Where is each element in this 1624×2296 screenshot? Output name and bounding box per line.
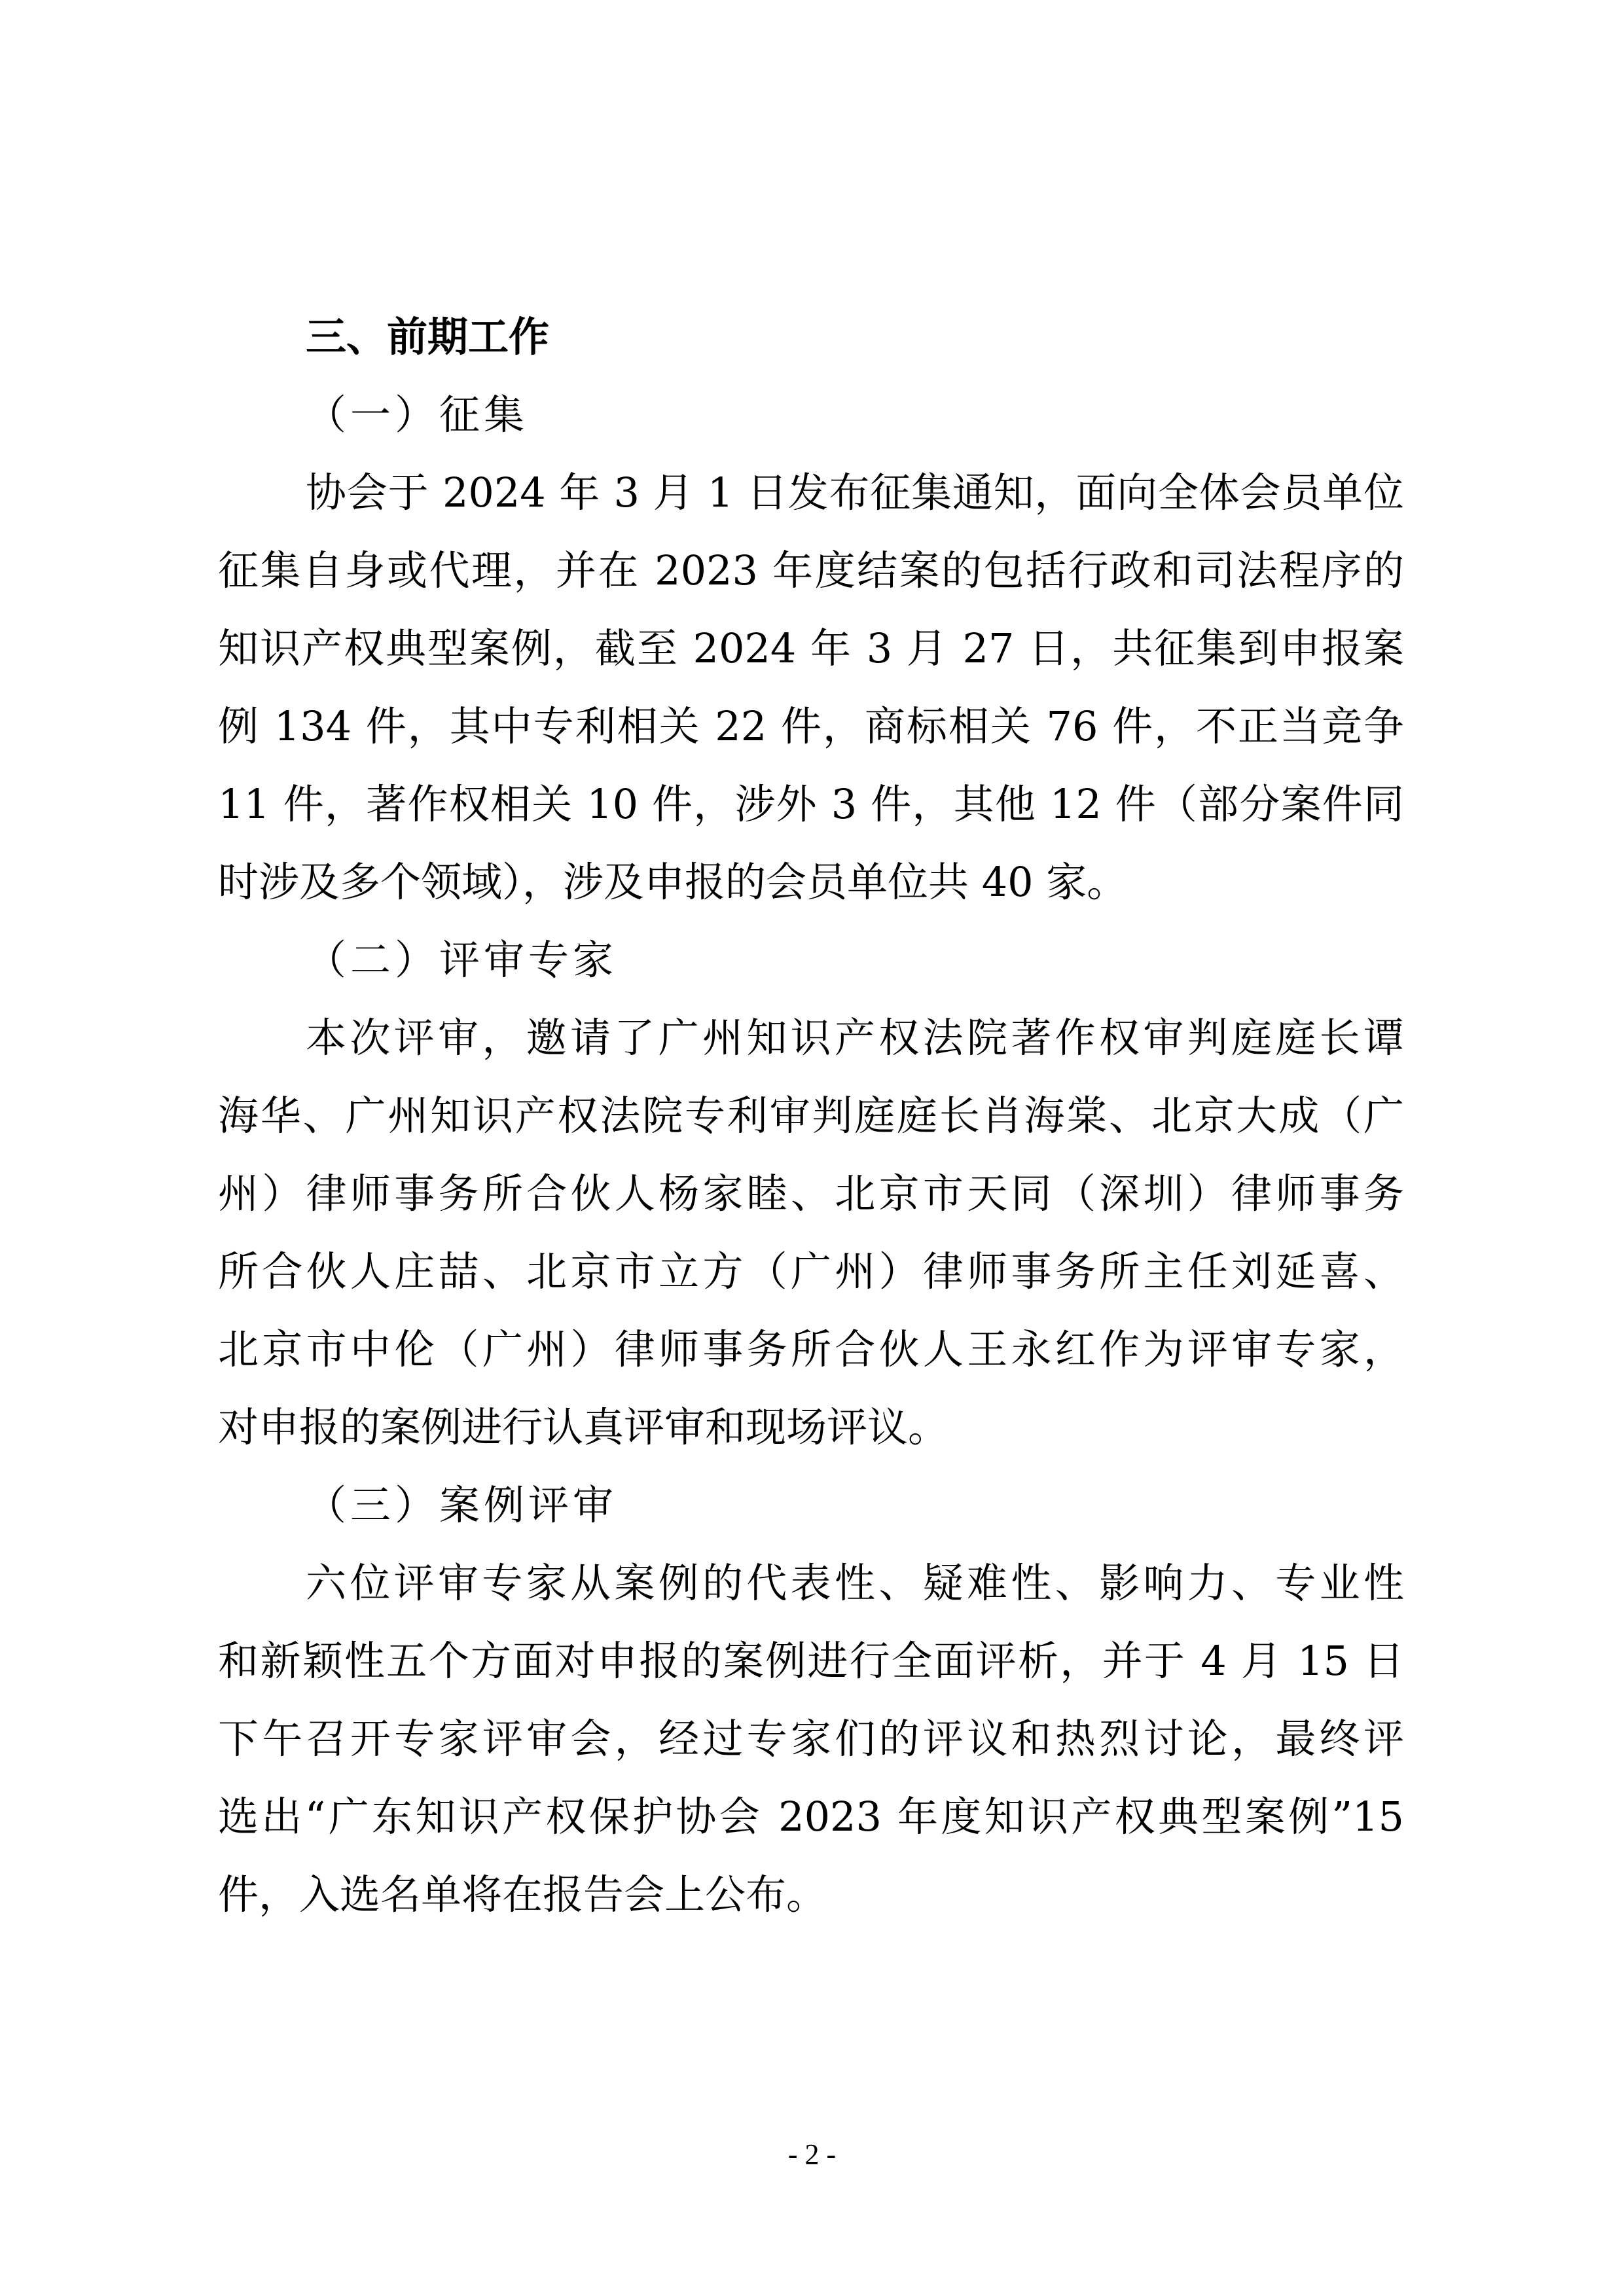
paragraph-line: 所合伙人庄喆、北京市立方（广州）律师事务所主任刘延喜、 [218,1242,1404,1320]
paragraph-line: 时涉及多个领域），涉及申报的会员单位共 40 家。 [218,853,1404,931]
paragraph-line: 北京市中伦（广州）律师事务所合伙人王永红作为评审专家， [218,1320,1404,1398]
paragraph-line: 协会于 2024 年 3 月 1 日发布征集通知，面向全体会员单位 [218,463,1404,541]
paragraph-line: 州）律师事务所合伙人杨家睦、北京市天同（深圳）律师事务 [218,1164,1404,1242]
paragraph-line: 11 件，著作权相关 10 件，涉外 3 件，其他 12 件（部分案件同 [218,775,1404,853]
paragraph-line: 六位评审专家从案例的代表性、疑难性、影响力、专业性 [218,1554,1404,1632]
paragraph-line: 下午召开专家评审会，经过专家们的评议和热烈讨论，最终评 [218,1710,1404,1787]
subsection-title-collection: （一）征集 [218,386,1404,463]
paragraph-line: 和新颖性五个方面对申报的案例进行全面评析，并于 4 月 15 日 [218,1632,1404,1710]
paragraph-line: 对申报的案例进行认真评审和现场评议。 [218,1398,1404,1476]
subsection-title-review-experts: （二）评审专家 [218,931,1404,1009]
paragraph-line: 选出“广东知识产权保护协会 2023 年度知识产权典型案例”15 [218,1787,1404,1865]
page-number: - 2 - [0,2135,1624,2174]
document-body: 三、前期工作 （一）征集 协会于 2024 年 3 月 1 日发布征集通知，面向… [218,308,1404,1943]
paragraph-line: 本次评审，邀请了广州知识产权法院著作权审判庭庭长谭 [218,1009,1404,1086]
paragraph-line: 征集自身或代理，并在 2023 年度结案的包括行政和司法程序的 [218,541,1404,619]
section-heading: 三、前期工作 [218,308,1404,386]
paragraph-line: 知识产权典型案例，截至 2024 年 3 月 27 日，共征集到申报案 [218,619,1404,697]
subsection-title-case-review: （三）案例评审 [218,1476,1404,1554]
paragraph-line: 例 134 件，其中专利相关 22 件，商标相关 76 件，不正当竞争 [218,697,1404,775]
paragraph-line: 件，入选名单将在报告会上公布。 [218,1865,1404,1943]
paragraph-line: 海华、广州知识产权法院专利审判庭庭长肖海棠、北京大成（广 [218,1086,1404,1164]
document-page: 三、前期工作 （一）征集 协会于 2024 年 3 月 1 日发布征集通知，面向… [0,0,1624,2296]
